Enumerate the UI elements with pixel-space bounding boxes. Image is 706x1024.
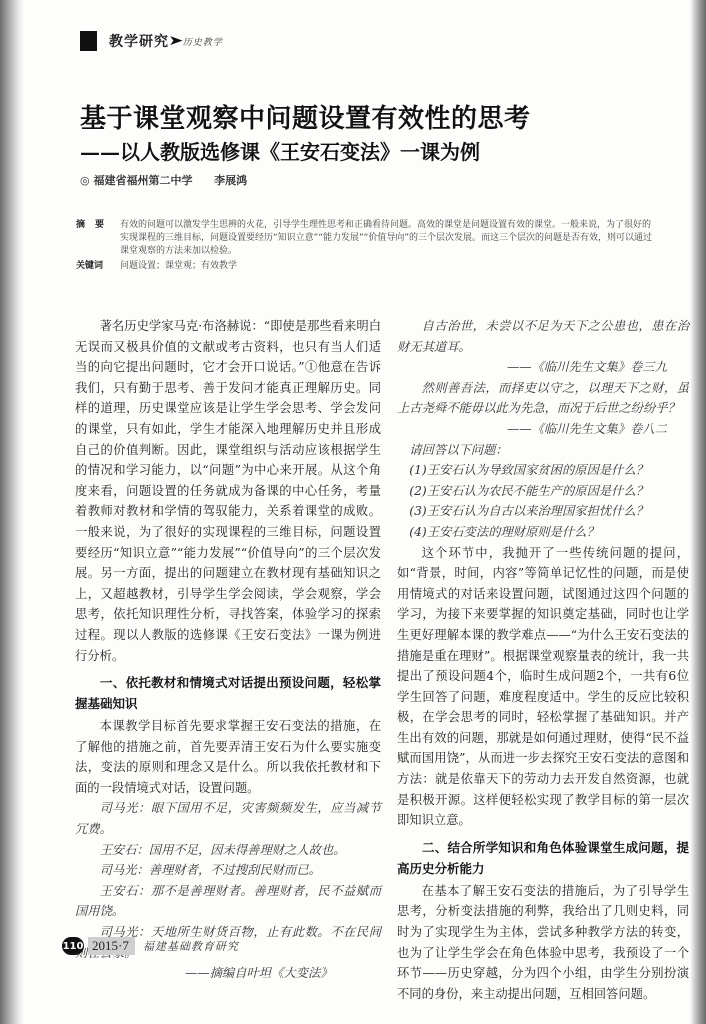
article-subtitle: ——以人教版选修课《王安石变法》一课为例 [80, 136, 480, 165]
section-marker-block [80, 31, 97, 51]
issue-label: 2015·7 [88, 937, 135, 955]
right-column: 自古治世，未尝以不足为天下之公患也，患在治财无其道耳。 ——《临川先生文集》卷三… [397, 316, 689, 1004]
keywords-text: 问题设置；课堂观；有效教学 [120, 260, 656, 273]
author-name: 李展鸿 [214, 174, 247, 187]
dialogue-source: ——摘编自叶坦《大变法》 [75, 963, 381, 984]
page-footer: 110 2015·7 福建基础教育研究 [62, 937, 239, 955]
questions-intro: 请回答以下问题： [397, 440, 689, 461]
dialogue-line: 王安石：国用不足，因未得善理财之人故也。 [75, 840, 381, 861]
quote-2-source: ——《临川先生文集》卷八二 [397, 419, 689, 440]
intro-paragraph: 著名历史学家马克·布洛赫说：“即使是那些看来明白无误而又极具价值的文献或考古资料… [75, 316, 381, 666]
dialogue-line: 王安石：那不是善理财者。善理财者，民不益赋而国用饶。 [75, 881, 381, 922]
section-label: 教学研究 [109, 31, 169, 51]
scan-shadow-right [690, 0, 706, 1024]
abstract-label: 摘要 [76, 219, 120, 258]
author-marker-icon: ◎ [80, 174, 90, 187]
dialogue-line: 司马光：眼下国用不足，灾害频频发生，应当减节冗费。 [75, 798, 381, 839]
abstract-block: 摘要 有效的问题可以激发学生思辨的火花，引导学生理性思考和正确看待问题。高效的课… [76, 219, 656, 273]
scan-shadow-left [0, 0, 24, 1024]
article-title: 基于课堂观察中问题设置有效性的思考 [80, 98, 531, 135]
quote-1: 自古治世，未尝以不足为天下之公患也，患在治财无其道耳。 [397, 316, 689, 357]
quote-1-source: ——《临川先生文集》卷三九 [397, 357, 689, 378]
quote-2: 然则善吾法，而择吏以守之，以理天下之财，虽上古尧舜不能毋以此为先急，而况于后世之… [397, 378, 689, 419]
question-item: (1)王安石认为导致国家贫困的原因是什么？ [397, 460, 689, 481]
left-column: 著名历史学家马克·布洛赫说：“即使是那些看来明白无误而又极具价值的文献或考古资料… [75, 316, 381, 984]
section1-heading: 一、依托教材和情境式对话提出预设问题，轻松掌握基础知识 [75, 672, 381, 714]
section-header: 教学研究 ➤ 历史教学 [80, 31, 223, 51]
section2-heading: 二、结合所学知识和角色体验课堂生成问题，提高历史分析能力 [397, 837, 689, 879]
author-line: ◎ 福建省福州第二中学 李展鸿 [80, 172, 247, 188]
author-affiliation: 福建省福州第二中学 [93, 174, 192, 187]
keywords-label: 关键词 [76, 260, 120, 273]
dialogue-line: 司马光：善理财者，不过搜刮民财而已。 [75, 860, 381, 881]
analysis-paragraph: 这个环节中，我抛开了一些传统问题的提问，如“背景，时间，内容”等简单记忆性的问题… [397, 543, 689, 831]
section1-paragraph: 本课教学目标首先要求掌握王安石变法的措施，在了解他的措施之前，首先要弄清王安石为… [75, 716, 381, 798]
question-item: (3)王安石认为自古以来治理国家担忧什么？ [397, 501, 689, 522]
page-number-badge: 110 [62, 937, 84, 955]
question-item: (2)王安石认为农民不能生产的原因是什么？ [397, 481, 689, 502]
abstract-text: 有效的问题可以激发学生思辨的火花，引导学生理性思考和正确看待问题。高效的课堂是问… [120, 219, 656, 258]
section2-paragraph: 在基本了解王安石变法的措施后，为了引导学生思考，分析变法措施的利弊，我给出了几则… [397, 881, 689, 1005]
arrow-right-icon: ➤ [168, 33, 183, 49]
journal-name: 福建基础教育研究 [143, 938, 239, 954]
subsection-label: 历史教学 [183, 35, 223, 48]
question-item: (4)王安石变法的理财原则是什么？ [397, 522, 689, 543]
